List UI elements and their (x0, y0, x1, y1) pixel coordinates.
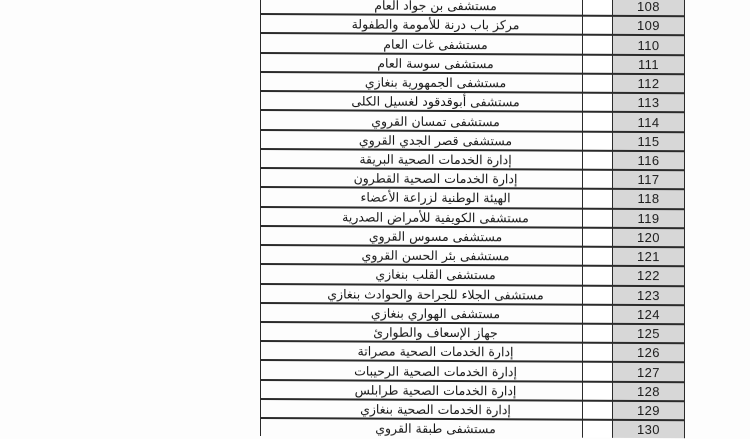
table-row: مستشفى القلب بنغازي 122 (260, 264, 685, 285)
table-row: مستشفى أبوقدقود لغسيل الكلى 113 (260, 91, 685, 112)
facility-name-cell: مستشفى الهواري بنغازي (260, 304, 583, 323)
facility-name-cell: جهاز الإسعاف والطوارئ (260, 323, 583, 342)
facility-name-cell: إدارة الخدمات الصحية البريقة (260, 150, 583, 169)
facility-number: 120 (637, 230, 660, 245)
facility-number-cell: 116 (613, 152, 685, 170)
empty-cell (583, 248, 613, 265)
table-row: إدارة الخدمات الصحية طرابلس 128 (260, 379, 685, 400)
facility-number-cell: 129 (613, 402, 685, 420)
facility-number: 124 (637, 307, 660, 322)
facility-number: 118 (638, 192, 660, 207)
empty-cell (583, 190, 613, 207)
facility-name: إدارة الخدمات الصحية بنغازي (360, 402, 511, 418)
facility-name-cell: إدارة الخدمات الصحية طرابلس (260, 381, 583, 400)
facility-number: 128 (637, 384, 660, 399)
empty-cell (583, 114, 613, 131)
facility-name: مركز باب درنة للأمومة والطفولة (352, 17, 520, 33)
facility-number: 126 (637, 346, 660, 361)
empty-cell (583, 421, 613, 430)
facility-number-cell: 113 (613, 94, 685, 112)
facility-number: 116 (638, 153, 660, 168)
facility-name-cell: إدارة الخدمات الصحية الرحيبات (260, 362, 583, 381)
empty-cell (583, 133, 613, 150)
table-row: مستشفى بئر الحسن القروي 121 (260, 244, 685, 265)
table-row: مستشفى الجمهورية بنغازي 112 (260, 71, 685, 92)
facility-name: إدارة الخدمات الصحية طرابلس (355, 383, 517, 399)
facility-number: 127 (637, 365, 660, 380)
facility-number: 125 (637, 326, 660, 341)
table-row: مستشفى سوسة العام 111 (260, 52, 685, 73)
table-row: مستشفى بن جواد العام 108 (260, 0, 685, 16)
empty-cell (583, 17, 613, 34)
table-row: مستشفى تمسان القروي 114 (260, 110, 685, 131)
facility-number-cell: 124 (613, 306, 685, 324)
facility-number-cell: 111 (613, 56, 685, 74)
table-row: مستشفى الهواري بنغازي 124 (260, 302, 685, 323)
facilities-table: مستشفى بن جواد العام 108 مركز باب درنة ل… (260, 0, 685, 430)
facility-number-cell: 122 (613, 268, 685, 286)
table-row: مستشفى الجلاء للجراحة والحوادث بنغازي 12… (260, 283, 685, 304)
facility-number-cell: 118 (613, 191, 685, 209)
facility-number-cell: 119 (613, 210, 685, 228)
facility-number-cell: 126 (613, 344, 685, 362)
empty-cell (583, 325, 613, 342)
empty-cell (583, 171, 613, 188)
facility-name-cell: مستشفى الجلاء للجراحة والحوادث بنغازي (260, 285, 583, 304)
table-row: إدارة الخدمات الصحية الرحيبات 127 (260, 360, 685, 381)
facility-number-cell: 130 (613, 421, 685, 430)
facility-name: مستشفى القلب بنغازي (375, 267, 495, 283)
facility-name: مستشفى مسوس القروي (369, 229, 502, 245)
facility-number-cell: 123 (613, 287, 685, 305)
facility-name-cell: مستشفى بئر الحسن القروي (260, 246, 583, 265)
facility-name-cell: إدارة الخدمات الصحية مصراتة (260, 343, 583, 362)
facility-number: 113 (638, 96, 660, 111)
facility-name-cell: مستشفى أبوقدقود لغسيل الكلى (260, 93, 583, 112)
scanned-page: مستشفى بن جواد العام 108 مركز باب درنة ل… (0, 0, 750, 430)
facility-name-cell: إدارة الخدمات الصحية بنغازي (260, 400, 583, 419)
facility-number: 108 (637, 0, 660, 15)
facility-number: 115 (638, 134, 660, 149)
facility-name: مستشفى سوسة العام (377, 56, 493, 72)
empty-cell (583, 383, 613, 400)
facility-name: مستشفى بن جواد العام (374, 0, 497, 14)
facility-name-cell: إدارة الخدمات الصحية القطرون (260, 170, 583, 189)
table-row: مستشفى طبقة القروي 130 (260, 418, 685, 430)
empty-cell (583, 75, 613, 92)
facility-name: مستشفى غات العام (383, 37, 487, 53)
facility-number: 129 (637, 403, 660, 418)
facility-name: مستشفى الجلاء للجراحة والحوادث بنغازي (327, 286, 543, 302)
facility-number-cell: 120 (613, 229, 685, 247)
empty-cell (583, 229, 613, 246)
empty-cell (583, 94, 613, 111)
table-row: إدارة الخدمات الصحية البريقة 116 (260, 148, 685, 169)
facility-number-cell: 108 (613, 0, 685, 16)
facility-name-cell: مستشفى غات العام (260, 35, 583, 54)
facility-number-cell: 112 (613, 75, 685, 93)
facility-name-cell: الهيئة الوطنية لزراعة الأعضاء (260, 189, 583, 208)
facility-name: مستشفى بئر الحسن القروي (362, 248, 510, 264)
facility-number: 119 (638, 211, 660, 226)
facility-name-cell: مستشفى تمسان القروي (260, 112, 583, 131)
facility-name: إدارة الخدمات الصحية مصراتة (358, 344, 514, 360)
facility-number: 110 (638, 38, 660, 53)
facility-number: 122 (637, 269, 660, 284)
facility-name-cell: مستشفى بن جواد العام (260, 0, 583, 15)
empty-cell (583, 0, 613, 15)
facility-name: الهيئة الوطنية لزراعة الأعضاء (360, 190, 510, 206)
empty-cell (583, 56, 613, 73)
table-row: إدارة الخدمات الصحية القطرون 117 (260, 168, 685, 189)
facility-number-cell: 127 (613, 364, 685, 382)
facility-name-cell: مستشفى قصر الجدي القروي (260, 131, 583, 150)
facility-number-cell: 109 (613, 17, 685, 35)
facility-name: مستشفى تمسان القروي (371, 114, 500, 130)
facility-name-cell: مستشفى الكويفية للأمراض الصدرية (260, 208, 583, 227)
empty-cell (583, 306, 613, 323)
empty-cell (583, 344, 613, 361)
table-row: مستشفى غات العام 110 (260, 33, 685, 54)
table-row: مركز باب درنة للأمومة والطفولة 109 (260, 14, 685, 35)
facility-number: 130 (637, 423, 660, 430)
facility-number: 114 (638, 115, 660, 130)
facility-number: 123 (637, 288, 660, 303)
facility-name-cell: مركز باب درنة للأمومة والطفولة (260, 16, 583, 35)
table-row: الهيئة الوطنية لزراعة الأعضاء 118 (260, 187, 685, 208)
facility-number: 109 (637, 19, 660, 34)
facility-name: مستشفى أبوقدقود لغسيل الكلى (351, 94, 519, 110)
facility-number: 121 (637, 250, 660, 265)
facility-number-cell: 117 (613, 171, 685, 189)
empty-cell (583, 37, 613, 54)
facility-number: 111 (638, 57, 659, 72)
table-row: إدارة الخدمات الصحية بنغازي 129 (260, 398, 685, 419)
empty-cell (583, 402, 613, 419)
facility-name-cell: مستشفى طبقة القروي (260, 420, 583, 430)
facility-number-cell: 121 (613, 248, 685, 266)
table-row: مستشفى قصر الجدي القروي 115 (260, 129, 685, 150)
facility-name: مستشفى الكويفية للأمراض الصدرية (342, 210, 529, 226)
facility-number-cell: 128 (613, 383, 685, 401)
empty-cell (583, 152, 613, 169)
facility-name: مستشفى الهواري بنغازي (371, 306, 500, 322)
empty-cell (583, 364, 613, 381)
facility-number-cell: 114 (613, 114, 685, 132)
facility-number: 112 (638, 76, 660, 91)
table-row: جهاز الإسعاف والطوارئ 125 (260, 321, 685, 342)
facility-number: 117 (638, 173, 660, 188)
facility-name: إدارة الخدمات الصحية البريقة (359, 152, 511, 168)
facility-name: إدارة الخدمات الصحية الرحيبات (354, 363, 517, 379)
facility-name: مستشفى طبقة القروي (375, 421, 496, 430)
facility-name-cell: مستشفى سوسة العام (260, 54, 583, 73)
facility-name: مستشفى قصر الجدي القروي (359, 133, 512, 149)
facility-number-cell: 115 (613, 133, 685, 151)
empty-cell (583, 287, 613, 304)
table-row: مستشفى مسوس القروي 120 (260, 225, 685, 246)
table-row: مستشفى الكويفية للأمراض الصدرية 119 (260, 206, 685, 227)
facility-name: جهاز الإسعاف والطوارئ (373, 325, 497, 341)
facility-name: إدارة الخدمات الصحية القطرون (354, 171, 518, 187)
facility-name-cell: مستشفى الجمهورية بنغازي (260, 73, 583, 92)
table-row: إدارة الخدمات الصحية مصراتة 126 (260, 341, 685, 362)
facility-name-cell: مستشفى مسوس القروي (260, 227, 583, 246)
empty-cell (583, 267, 613, 284)
facility-name: مستشفى الجمهورية بنغازي (365, 75, 506, 91)
facility-name-cell: مستشفى القلب بنغازي (260, 266, 583, 285)
empty-cell (583, 210, 613, 227)
facility-number-cell: 125 (613, 325, 685, 343)
facility-number-cell: 110 (613, 37, 685, 55)
